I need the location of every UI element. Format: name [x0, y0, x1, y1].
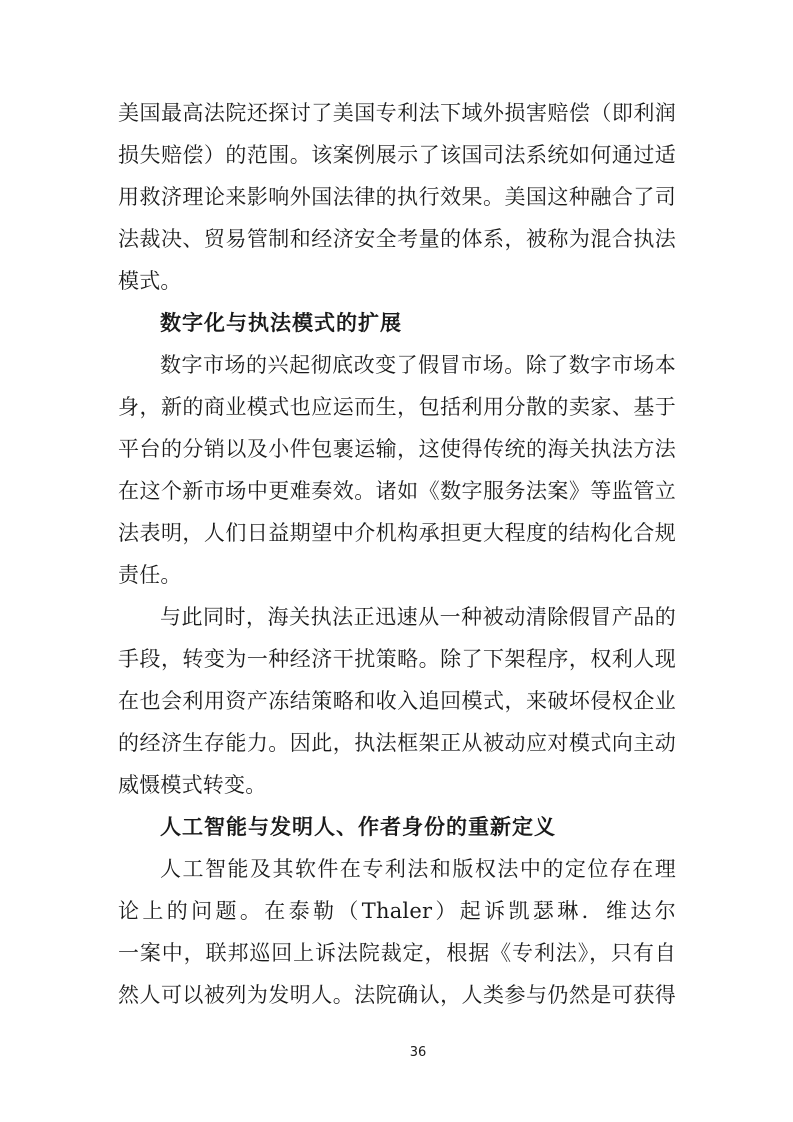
- text-line: 然人可以被列为发明人。法院确认，人类参与仍然是可获得: [118, 974, 676, 1016]
- text-line: 与此同时，海关执法正迅速从一种被动清除假冒产品的: [118, 596, 676, 638]
- paragraph-us-hybrid-enforcement: 美国最高法院还探讨了美国专利法下域外损害赔偿（即利润 损失赔偿）的范围。该案例展…: [118, 92, 676, 302]
- page-number: 36: [388, 1044, 448, 1062]
- heading-digitalization-enforcement: 数字化与执法模式的扩展: [118, 302, 676, 344]
- text-line: 威慑模式转变。: [118, 764, 676, 806]
- text-line: 在也会利用资产冻结策略和收入追回模式，来破坏侵权企业: [118, 680, 676, 722]
- text-line: 人工智能及其软件在专利法和版权法中的定位存在理: [118, 848, 676, 890]
- text-line: 一案中，联邦巡回上诉法院裁定，根据《专利法》，只有自: [118, 932, 676, 974]
- text-line: 美国最高法院还探讨了美国专利法下域外损害赔偿（即利润: [118, 92, 676, 134]
- heading-ai-inventorship: 人工智能与发明人、作者身份的重新定义: [118, 806, 676, 848]
- text-line: 数字市场的兴起彻底改变了假冒市场。除了数字市场本: [118, 344, 676, 386]
- text-line: 手段，转变为一种经济干扰策略。除了下架程序，权利人现: [118, 638, 676, 680]
- document-page: 美国最高法院还探讨了美国专利法下域外损害赔偿（即利润 损失赔偿）的范围。该案例展…: [0, 0, 793, 1122]
- text-line: 在这个新市场中更难奏效。诸如《数字服务法案》等监管立: [118, 470, 676, 512]
- page-body: 美国最高法院还探讨了美国专利法下域外损害赔偿（即利润 损失赔偿）的范围。该案例展…: [118, 92, 676, 1016]
- text-line: 模式。: [118, 260, 676, 302]
- paragraph-customs-enforcement: 与此同时，海关执法正迅速从一种被动清除假冒产品的 手段，转变为一种经济干扰策略。…: [118, 596, 676, 806]
- text-line: 用救济理论来影响外国法律的执行效果。美国这种融合了司: [118, 176, 676, 218]
- text-line: 的经济生存能力。因此，执法框架正从被动应对模式向主动: [118, 722, 676, 764]
- paragraph-digital-markets: 数字市场的兴起彻底改变了假冒市场。除了数字市场本 身，新的商业模式也应运而生，包…: [118, 344, 676, 596]
- text-line: 法表明，人们日益期望中介机构承担更大程度的结构化合规: [118, 512, 676, 554]
- text-line: 论上的问题。在泰勒（Thaler）起诉凯瑟琳．维达尔（Vidal）: [118, 890, 676, 932]
- text-line: 平台的分销以及小件包裹运输，这使得传统的海关执法方法: [118, 428, 676, 470]
- text-line: 责任。: [118, 554, 676, 596]
- text-line: 法裁决、贸易管制和经济安全考量的体系，被称为混合执法: [118, 218, 676, 260]
- paragraph-ai-patent-law: 人工智能及其软件在专利法和版权法中的定位存在理 论上的问题。在泰勒（Thaler…: [118, 848, 676, 1016]
- text-line: 损失赔偿）的范围。该案例展示了该国司法系统如何通过适: [118, 134, 676, 176]
- text-line: 身，新的商业模式也应运而生，包括利用分散的卖家、基于: [118, 386, 676, 428]
